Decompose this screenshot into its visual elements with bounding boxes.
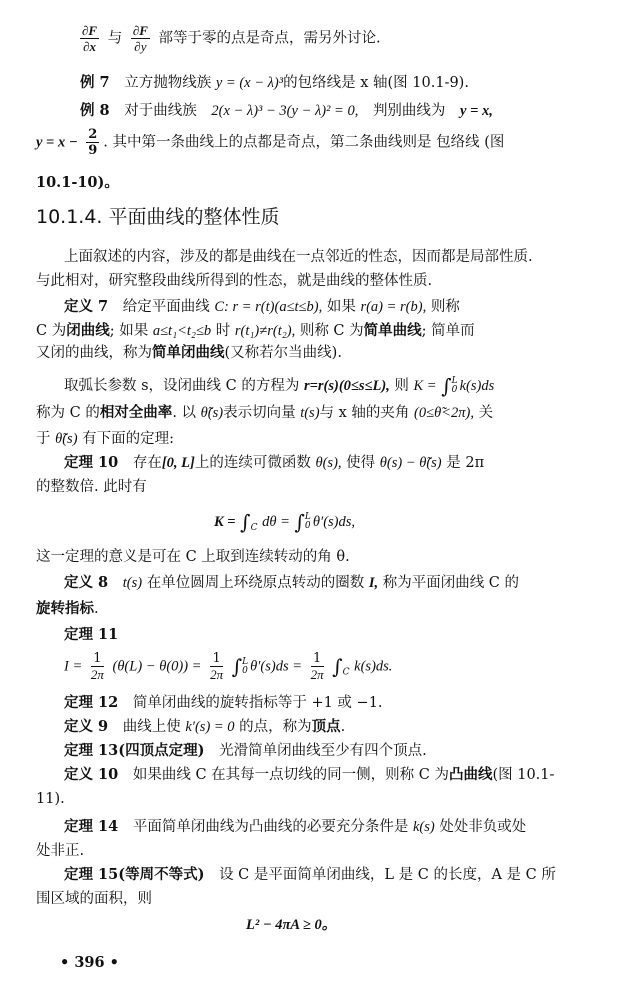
definition-label: 定义 9	[64, 718, 108, 735]
fraction-dF-dx: ∂F∂x	[80, 24, 99, 53]
example-7: 例 7 立方抛物线族 y = (x − λ)³的包络线是 x 轴(图 10.1-…	[80, 76, 469, 91]
isoperimetric-inequality: L² − 4πA ≥ 0。	[246, 918, 336, 933]
total-curvature-line-1: 取弧长参数 s，设闭曲线 C 的方程为 r=r(s)(0≤s≤L), 则 K =…	[64, 376, 494, 396]
definition-7-line-3: 又闭的曲线，称为简单闭曲线(又称若尔当曲线).	[36, 346, 342, 361]
formula: y = (x − λ)³	[216, 75, 283, 91]
theorem-10: 定理 10 存在[0, L]上的连续可微函数 θ(s), 使得 θ(s) − θ…	[64, 456, 484, 471]
definition-8-line-2: 旋转指标.	[36, 602, 99, 617]
fraction-dF-dy: ∂F∂y	[131, 24, 150, 53]
intro-line-2: 与此相对，研究整段曲线所得到的性态，就是曲线的整体性质.	[36, 274, 432, 289]
example-label: 例 8	[80, 102, 110, 119]
theorem-label: 定理 12	[64, 694, 118, 711]
theorem-14-line-2: 处非正.	[36, 844, 84, 859]
theorem-label: 定理 15	[64, 866, 118, 883]
definition-label: 定义 10	[64, 766, 118, 783]
total-curvature-line-3: 于 θ̃(s) 有下面的定理:	[36, 432, 174, 447]
definition-10: 定义 10 如果曲线 C 在其每一点切线的同一侧，则称 C 为凸曲线(图 10.…	[64, 768, 554, 783]
definition-label: 定义 7	[64, 298, 108, 315]
theorem-12: 定理 12 简单闭曲线的旋转指标等于 +1 或 −1.	[64, 696, 383, 711]
example-8: 例 8 对于曲线族 2(x − λ)³ − 3(y − λ)² = 0, 判别曲…	[80, 104, 493, 119]
integral-sign: ∫	[441, 374, 451, 398]
formula: y = x,	[460, 103, 493, 119]
theorem-label: 定理 13	[64, 742, 118, 759]
example-8-end: 10.1-10)。	[36, 176, 119, 191]
definition-label: 定义 8	[64, 574, 108, 591]
section-title: 10.1.4. 平面曲线的整体性质	[36, 208, 280, 227]
total-curvature-line-2: 称为 C 的相对全曲率. 以 θ̃(s)表示切向量 t(s)与 x 轴的夹角 (…	[36, 406, 493, 421]
definition-7: 定义 7 给定平面曲线 C: r = r(t)(a≤t≤b), 如果 r(a) …	[64, 300, 460, 315]
definition-9: 定义 9 曲线上使 k′(s) = 0 的点，称为顶点.	[64, 720, 345, 735]
formula: 2(x − λ)³ − 3(y − λ)² = 0,	[211, 103, 358, 119]
page-number: • 396 •	[60, 956, 119, 971]
theorem-label: 定理 14	[64, 818, 118, 835]
integral-sign: ∫	[295, 510, 305, 534]
example-label: 例 7	[80, 74, 110, 91]
example-8-cont: y = x − 29. 其中第一条曲线上的点都是奇点，第二条曲线则是 包络线 (…	[36, 128, 504, 157]
theorem-10-line-2: 的整数倍. 此时有	[36, 480, 147, 495]
theorem-14: 定理 14 平面简单闭曲线为凸曲线的必要充分条件是 k(s) 处处非负或处	[64, 820, 526, 835]
integral-sign: ∫	[240, 510, 250, 534]
theorem-10-equation: K = ∫C dθ = ∫L0θ′(s)ds,	[214, 512, 355, 533]
intro-line-1: 上面叙述的内容，涉及的都是曲线在一点邻近的性态，因而都是局部性质.	[64, 250, 533, 265]
theorem-15-line-2: 围区域的面积，则	[36, 892, 152, 907]
integral-sign: ∫	[232, 655, 242, 679]
theorem-11-label: 定理 11	[64, 628, 118, 643]
definition-10-line-2: 11).	[36, 792, 65, 807]
fraction-2-9: 29	[86, 128, 99, 157]
theorem-13: 定理 13(四顶点定理) 光滑简单闭曲线至少有四个顶点.	[64, 744, 427, 759]
definition-8: 定义 8 t(s) 在单位圆周上环绕原点转动的圈数 I, 称为平面闭曲线 C 的	[64, 576, 519, 591]
singular-point-note: ∂F∂x 与 ∂F∂y 部等于零的点是奇点，需另外讨论.	[76, 24, 381, 53]
theorem-10-note: 这一定理的意义是可在 C 上取到连续转动的角 θ.	[36, 550, 350, 565]
theorem-label: 定理 10	[64, 454, 118, 471]
theorem-15: 定理 15(等周不等式) 设 C 是平面简单闭曲线，L 是 C 的长度，A 是 …	[64, 868, 556, 883]
theorem-11-equation: I = 12π (θ(L) − θ(0)) = 12π ∫L0θ′(s)ds =…	[64, 652, 392, 681]
integral-sign: ∫	[332, 655, 342, 679]
definition-7-line-2: C 为闭曲线; 如果 a≤t₁<t₂≤b 时 r(t₁)≠r(t₂), 则称 C…	[36, 324, 475, 339]
